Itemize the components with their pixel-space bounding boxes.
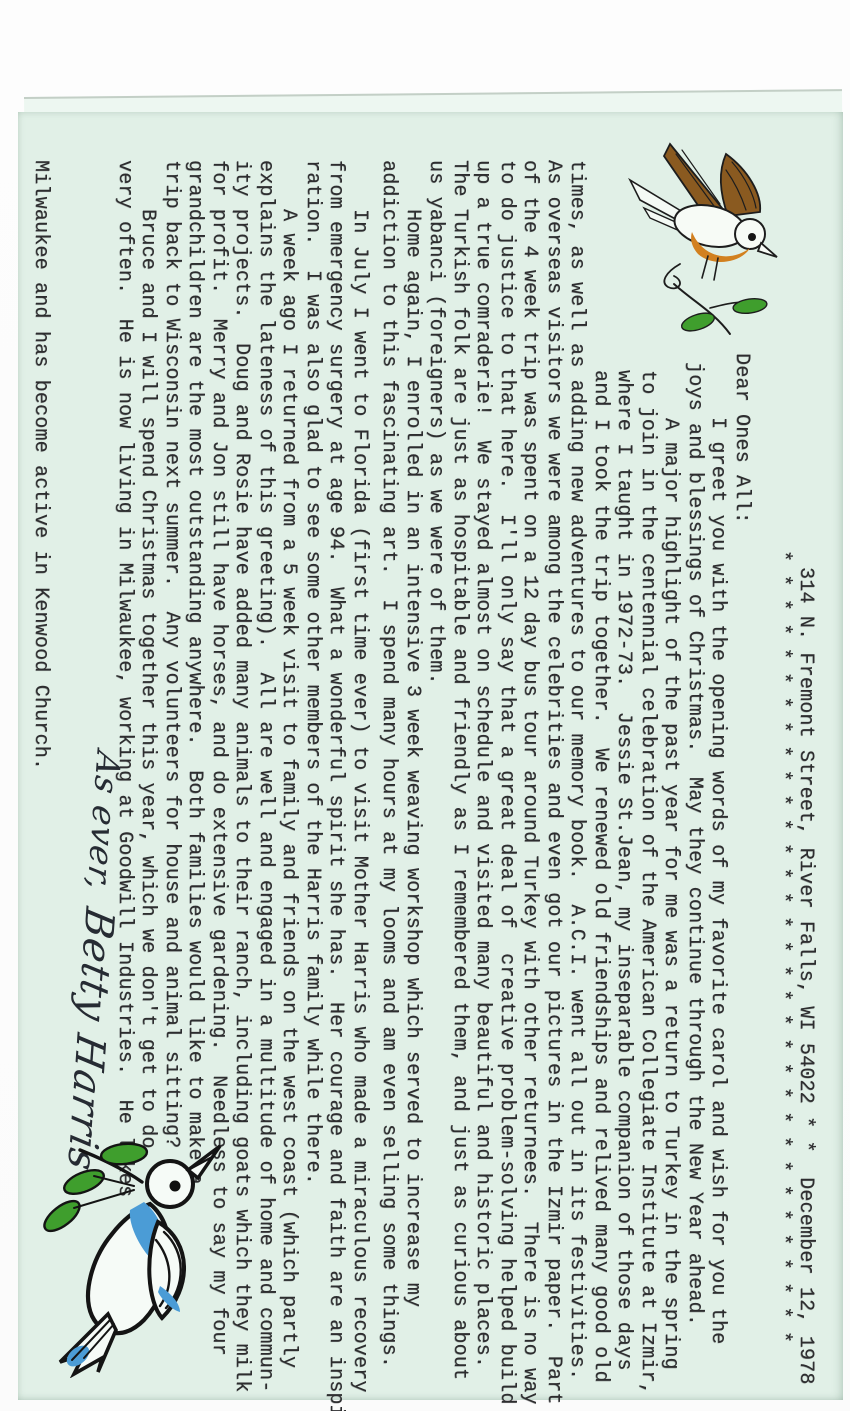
bluebird-illustration <box>22 1110 234 1378</box>
letter-header-address-date: 314 N. Fremont Street, River Falls, WI 5… <box>794 567 817 1400</box>
letter-line: ration. I was also glad to see some othe… <box>301 160 325 1400</box>
signature-closing: As ever, <box>80 748 128 895</box>
letter-line: Dear Ones All: <box>730 353 754 1400</box>
letter-line: where I taught in 1972-73. Jessie St.Jea… <box>612 370 636 1400</box>
letter-line: to join in the centennial celebration of… <box>636 370 660 1400</box>
letter-line: The Turkish folk are just as hospitable … <box>448 160 472 1400</box>
letter-line: In July I went to Florida (first time ev… <box>348 209 372 1400</box>
asterisk-separator: * * * * * * * * * * * * * * * * * * * * … <box>771 550 794 1400</box>
letter-line: up a true comraderie! We stayed almost o… <box>471 160 495 1400</box>
letter-line: joys and blessings of Christmas. May the… <box>683 362 707 1400</box>
letter-line: A major highlight of the past year for m… <box>659 418 683 1400</box>
letter-line: from emergency surgery at age 94. What a… <box>324 160 348 1400</box>
letter-line: As overseas visitors we were among the c… <box>542 160 566 1400</box>
letter-line: of the 4 week trip was spent on a 12 day… <box>518 160 542 1400</box>
letter-line: Home again, I enrolled in an intensive 3… <box>401 209 425 1400</box>
letter-line: I greet you with the opening words of my… <box>706 417 730 1400</box>
letter-line: and I took the trip together. We renewed… <box>589 370 613 1400</box>
letter-line: times, as well as adding new adventures … <box>565 160 589 1400</box>
scanned-letter-page: 314 N. Fremont Street, River Falls, WI 5… <box>0 0 850 1411</box>
letter-line: us yabanci (foreigners) as we were of th… <box>424 160 448 1400</box>
letter-line: to do justice to that here. I'll only sa… <box>495 160 519 1400</box>
songbird-illustration <box>610 114 792 356</box>
letter-line: explains the lateness of this greeting).… <box>254 160 278 1400</box>
letter-line: A week ago I returned from a 5 week visi… <box>277 209 301 1400</box>
letter-line: addiction to this fascinating art. I spe… <box>377 160 401 1400</box>
